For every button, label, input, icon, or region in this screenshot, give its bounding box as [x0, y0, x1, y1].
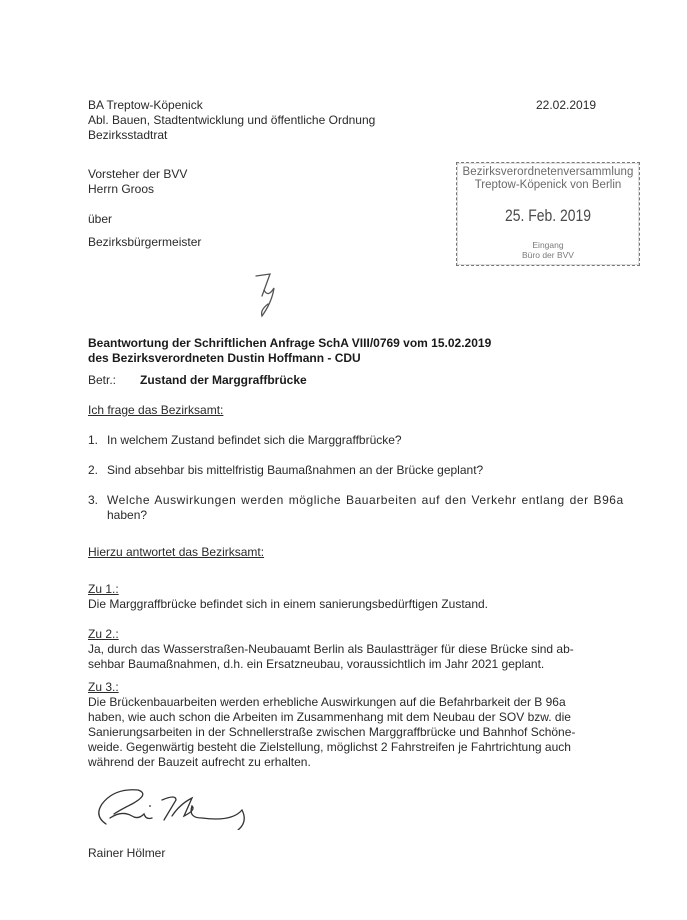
subject-line: Betr.:Zustand der Marggraffbrücke — [88, 373, 307, 388]
questions-heading: Ich frage das Bezirksamt: — [88, 403, 223, 418]
recipient-block: Vorsteher der BVV Herrn Groos — [88, 167, 187, 197]
title-line-1: Beantwortung der Schriftlichen Anfrage S… — [88, 336, 491, 351]
recipient-name: Herrn Groos — [88, 182, 187, 197]
question-text: In welchem Zustand befindet sich die Mar… — [107, 433, 402, 447]
sender-role: Bezirksstadtrat — [88, 128, 375, 143]
answer-text: während der Bauzeit aufrecht zu erhalten… — [88, 755, 618, 770]
answer-label: Zu 2.: — [88, 627, 618, 642]
received-stamp: Bezirksverordnetenversammlung Treptow-Kö… — [456, 162, 640, 266]
question-text-continued: haben? — [88, 508, 624, 523]
stamp-line-4: Büro der BVV — [457, 250, 639, 260]
sender-office: BA Treptow-Köpenick — [88, 98, 375, 113]
stamp-line-1: Bezirksverordnetenversammlung — [457, 166, 639, 179]
answer-text: haben, wie auch schon die Arbeiten im Zu… — [88, 710, 618, 725]
answer-text: Die Marggraffbrücke befindet sich in ein… — [88, 597, 618, 612]
subject-label: Betr.: — [88, 373, 140, 388]
recipient-title: Vorsteher der BVV — [88, 167, 187, 182]
letter-date: 22.02.2019 — [536, 98, 596, 113]
question-text: Sind absehbar bis mittelfristig Baumaßna… — [107, 463, 483, 477]
signature-icon — [92, 780, 252, 834]
sender-department: Abl. Bauen, Stadtentwicklung und öffentl… — [88, 113, 375, 128]
answer-1: Zu 1.: Die Marggraffbrücke befindet sich… — [88, 582, 618, 612]
stamp-line-2: Treptow-Köpenick von Berlin — [457, 179, 639, 192]
answer-label: Zu 1.: — [88, 582, 618, 597]
answer-2: Zu 2.: Ja, durch das Wasserstraßen-Neuba… — [88, 627, 618, 672]
handwritten-initials-icon — [252, 268, 282, 324]
document-title: Beantwortung der Schriftlichen Anfrage S… — [88, 336, 491, 366]
answer-text: Die Brückenbauarbeiten werden erhebliche… — [88, 695, 618, 710]
via-label: über — [88, 212, 112, 227]
question-item: 2.Sind absehbar bis mittelfristig Baumaß… — [88, 463, 483, 478]
sender-block: BA Treptow-Köpenick Abl. Bauen, Stadtent… — [88, 98, 375, 143]
answer-text: Ja, durch das Wasserstraßen-Neubauamt Be… — [88, 642, 618, 657]
title-line-2: des Bezirksverordneten Dustin Hoffmann -… — [88, 351, 491, 366]
question-text: Welche Auswirkungen werden mögliche Baua… — [107, 493, 624, 507]
answer-text: sehbar Baumaßnahmen, d.h. ein Ersatzneub… — [88, 657, 618, 672]
stamp-line-3: Eingang — [457, 240, 639, 250]
answer-3: Zu 3.: Die Brückenbauarbeiten werden erh… — [88, 680, 618, 770]
subject-text: Zustand der Marggraffbrücke — [140, 373, 307, 387]
question-number: 2. — [88, 463, 107, 478]
answer-text: weide. Gegenwärtig besteht die Zielstell… — [88, 740, 618, 755]
question-number: 3. — [88, 493, 107, 508]
question-item: 1.In welchem Zustand befindet sich die M… — [88, 433, 402, 448]
question-item: 3.Welche Auswirkungen werden mögliche Ba… — [88, 493, 624, 523]
stamp-date: 25. Feb. 2019 — [473, 206, 622, 226]
answer-text: Sanierungsarbeiten in der Schnellerstraß… — [88, 725, 618, 740]
answer-label: Zu 3.: — [88, 680, 618, 695]
via-recipient: Bezirksbürgermeister — [88, 235, 201, 250]
signer-name: Rainer Hölmer — [88, 846, 165, 861]
question-number: 1. — [88, 433, 107, 448]
answers-heading: Hierzu antwortet das Bezirksamt: — [88, 545, 264, 560]
